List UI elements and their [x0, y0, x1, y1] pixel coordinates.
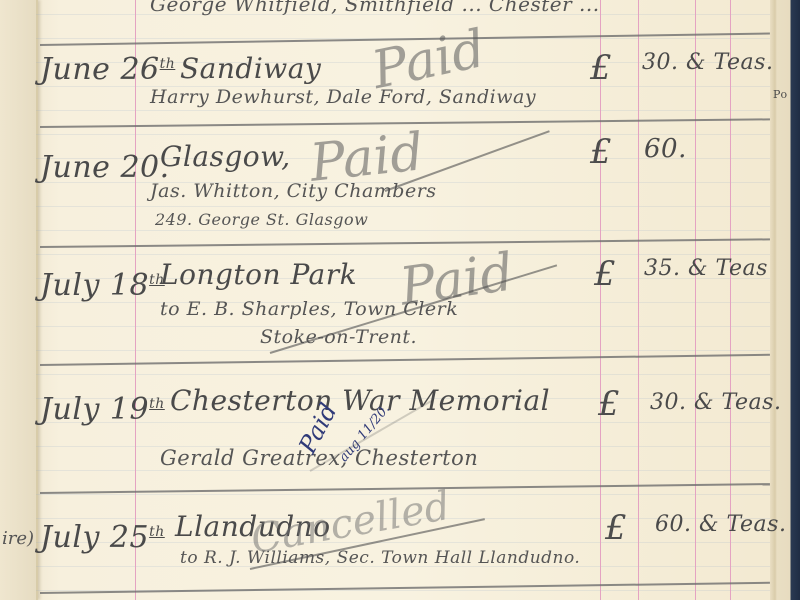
pound-sign: £	[598, 384, 620, 424]
faint-rule	[36, 374, 770, 375]
pound-sign: £	[590, 132, 612, 172]
faint-rule	[36, 230, 770, 231]
row-divider	[40, 238, 770, 248]
entry-contact-line2: 249. George St. Glasgow	[155, 210, 368, 229]
entry-date: June 26th	[40, 52, 175, 87]
entry-date: July 25th	[40, 520, 165, 555]
entry-place: Glasgow,	[160, 140, 291, 173]
faint-rule	[36, 110, 770, 111]
faint-rule	[36, 470, 770, 471]
row-divider	[40, 354, 770, 366]
entry-place: Sandiway	[180, 52, 321, 85]
entry-fee: 60. & Teas.	[655, 512, 786, 537]
entry-fee: 30. & Teas.	[642, 50, 773, 75]
row-divider	[40, 582, 770, 594]
fee-column-rule	[638, 0, 639, 600]
entry-fee: 35. & Teas	[644, 256, 768, 281]
pound-sign: £	[594, 254, 616, 294]
entry-fee: 30. & Teas.	[650, 390, 781, 415]
entry-date: July 19th	[40, 392, 165, 427]
facing-page-edge	[0, 0, 38, 600]
right-edge-mark: Po	[773, 88, 788, 101]
pound-sign: £	[590, 48, 612, 88]
pound-sign: £	[605, 508, 627, 548]
faint-rule	[36, 254, 770, 255]
entry-date: July 18th	[40, 268, 165, 303]
entry-contact-line2: Stoke-on-Trent.	[260, 326, 417, 348]
left-margin-note: ire)	[2, 528, 34, 549]
partial-top-entry: George Whitfield, Smithfield ... Chester…	[150, 0, 600, 16]
faint-rule	[36, 350, 770, 351]
ledger-page: George Whitfield, Smithfield ... Chester…	[0, 0, 800, 600]
entry-fee: 60.	[644, 134, 687, 164]
entry-contact: Harry Dewhurst, Dale Ford, Sandiway	[150, 86, 536, 108]
entry-contact: to R. J. Williams, Sec. Town Hall Llandu…	[180, 548, 580, 568]
faint-rule	[36, 206, 770, 207]
fee-column-rule-2	[695, 0, 696, 600]
entry-place: Longton Park	[160, 258, 357, 291]
right-margin-rule	[730, 0, 731, 600]
currency-column-rule	[600, 0, 601, 600]
entry-place: Chesterton War Memorial	[170, 384, 550, 417]
